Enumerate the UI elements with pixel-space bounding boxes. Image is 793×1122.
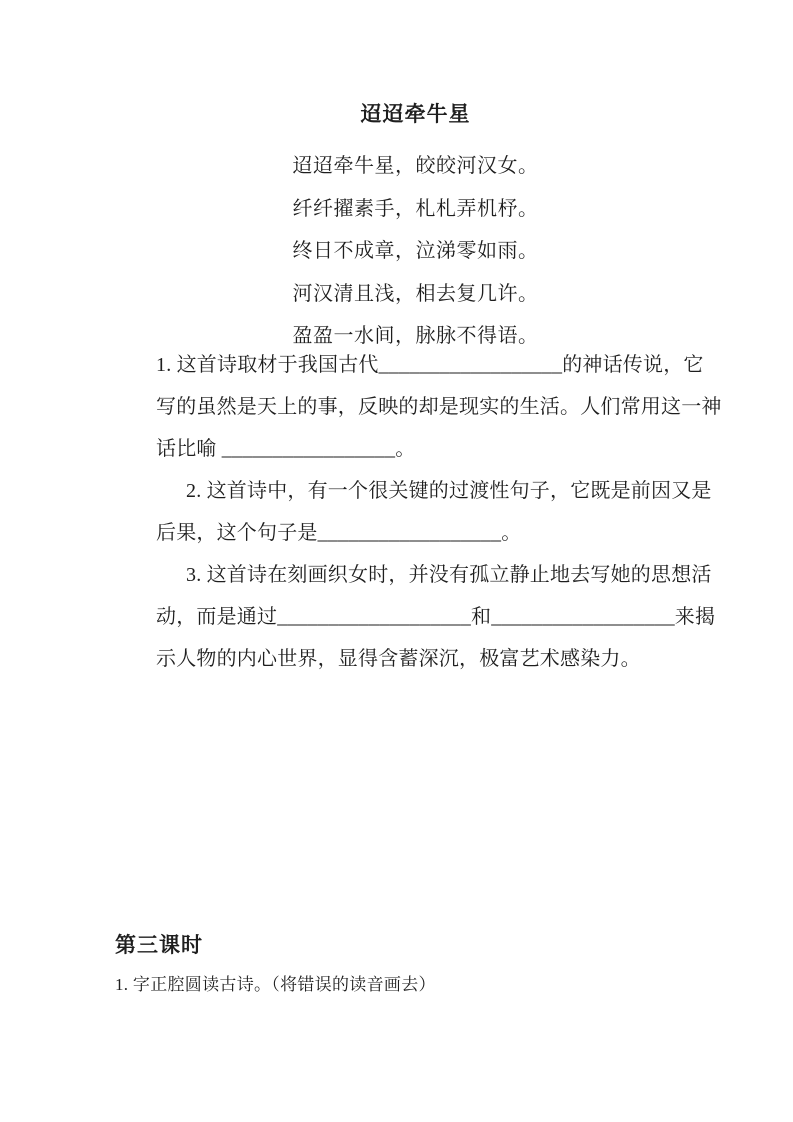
section-item-1: 1. 字正腔圆读古诗。（将错误的读音画去） <box>115 967 793 1003</box>
section-heading: 第三课时 <box>115 924 793 967</box>
comprehension-questions: 1. 这首诗取材于我国古代__________________的神话传说，它 写… <box>156 344 675 680</box>
content-column: 迢迢牵牛星 迢迢牵牛星，皎皎河汉女。 纤纤擢素手，札札弄机杼。 终日不成章，泣涕… <box>0 93 793 680</box>
poem-title: 迢迢牵牛星 <box>156 93 675 136</box>
question-3-line-2: 动，而是通过___________________和______________… <box>156 596 675 638</box>
question-1-line-2: 写的虽然是天上的事，反映的却是现实的生活。人们常用这一神 <box>156 386 675 428</box>
question-1-line-3: 话比喻 _________________。 <box>156 428 675 470</box>
document-page: 迢迢牵牛星 迢迢牵牛星，皎皎河汉女。 纤纤擢素手，札札弄机杼。 终日不成章，泣涕… <box>0 0 793 1122</box>
poem-body: 迢迢牵牛星，皎皎河汉女。 纤纤擢素手，札札弄机杼。 终日不成章，泣涕零如雨。 河… <box>156 145 675 358</box>
question-2-line-2: 后果，这个句子是__________________。 <box>156 512 675 554</box>
poem-line-1: 迢迢牵牛星，皎皎河汉女。 <box>156 145 675 188</box>
poem-line-2: 纤纤擢素手，札札弄机杼。 <box>156 188 675 231</box>
question-3-line-3: 示人物的内心世界，显得含蓄深沉，极富艺术感染力。 <box>156 638 675 680</box>
next-lesson-section: 第三课时 1. 字正腔圆读古诗。（将错误的读音画去） <box>115 924 793 1003</box>
question-2-line-1: 2. 这首诗中，有一个很关键的过渡性句子，它既是前因又是 <box>156 470 675 512</box>
poem-line-4: 河汉清且浅，相去复几许。 <box>156 273 675 316</box>
poem-line-3: 终日不成章，泣涕零如雨。 <box>156 230 675 273</box>
question-1-line-1: 1. 这首诗取材于我国古代__________________的神话传说，它 <box>156 344 675 386</box>
question-3-line-1: 3. 这首诗在刻画织女时，并没有孤立静止地去写她的思想活 <box>156 554 675 596</box>
